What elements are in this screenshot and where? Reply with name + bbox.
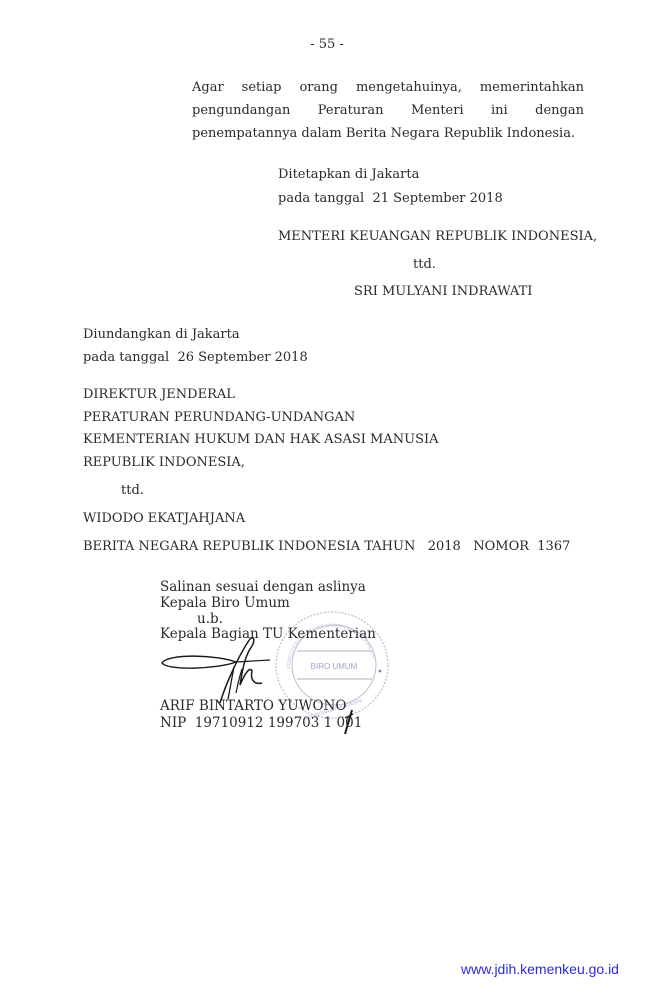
minister-title: MENTERI KEUANGAN REPUBLIK INDONESIA,	[278, 229, 597, 244]
director-title-line: KEMENTERIAN HUKUM DAN HAK ASASI MANUSIA	[83, 432, 439, 447]
paragraph-line: penempatannya dalam Berita Negara Republ…	[192, 122, 584, 145]
paragraph-line: pengundangan Peraturan Menteri ini denga…	[192, 99, 584, 122]
enactment-place: Ditetapkan di Jakarta	[278, 167, 419, 182]
director-title-line: DIREKTUR JENDERAL	[83, 387, 235, 402]
word: memerintahkan	[480, 76, 584, 99]
word: penempatannya dalam Berita Negara Republ…	[192, 122, 575, 145]
word: Peraturan	[318, 99, 384, 122]
word: Agar	[192, 76, 224, 99]
director-name: WIDODO EKATJAHJANA	[83, 511, 245, 526]
enactment-date: pada tanggal 21 September 2018	[278, 191, 503, 206]
director-title-line: PERATURAN PERUNDANG-UNDANGAN	[83, 410, 355, 425]
word: pengundangan	[192, 99, 290, 122]
word: ini	[491, 99, 508, 122]
promulgation-place: Diundangkan di Jakarta	[83, 327, 240, 342]
jdih-website-link[interactable]: www.jdih.kemenkeu.go.id	[461, 961, 619, 977]
closing-paragraph: Agar setiap orang mengetahuinya, memerin…	[192, 76, 584, 145]
word: dengan	[535, 99, 584, 122]
certified-copy-line: Kepala Biro Umum	[160, 596, 290, 611]
promulgation-date: pada tanggal 26 September 2018	[83, 350, 308, 365]
initial-mark-icon	[340, 708, 356, 736]
director-signed: ttd.	[121, 483, 144, 498]
page-number: - 55 -	[0, 37, 654, 52]
certifier-nip: NIP 19710912 199703 1 001	[160, 716, 362, 731]
certified-copy-line: Salinan sesuai dengan aslinya	[160, 580, 366, 595]
svg-text:BIRO UMUM: BIRO UMUM	[311, 662, 358, 671]
director-title-line: REPUBLIK INDONESIA,	[83, 455, 245, 470]
paragraph-line: Agar setiap orang mengetahuinya, memerin…	[192, 76, 584, 99]
minister-signed: ttd.	[413, 257, 436, 272]
certified-copy-line: u.b.	[197, 612, 223, 627]
minister-name: SRI MULYANI INDRAWATI	[354, 284, 532, 299]
word: orang	[299, 76, 338, 99]
certifier-name: ARIF BINTARTO YUWONO	[160, 699, 346, 714]
gazette-reference: BERITA NEGARA REPUBLIK INDONESIA TAHUN 2…	[83, 539, 570, 554]
word: setiap	[242, 76, 282, 99]
word: Menteri	[411, 99, 464, 122]
word: mengetahuinya,	[356, 76, 462, 99]
